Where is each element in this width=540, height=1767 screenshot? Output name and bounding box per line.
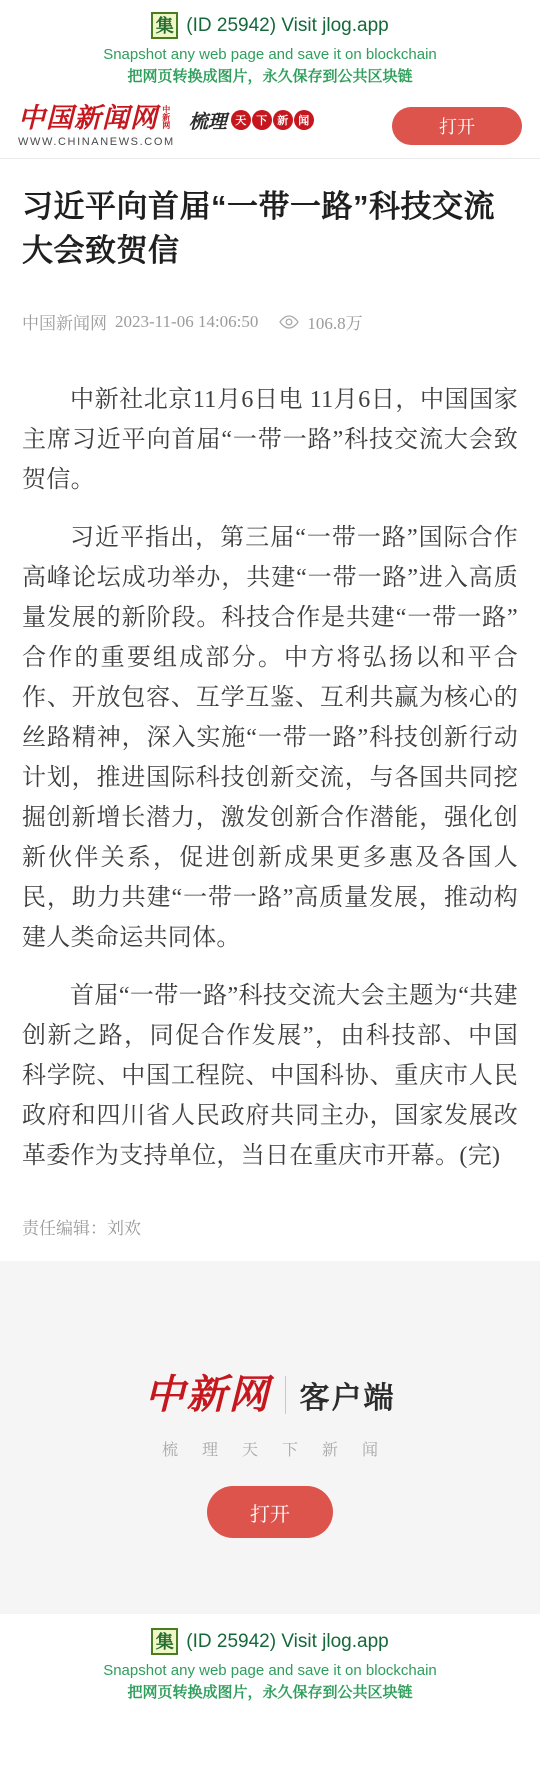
article-meta: 中国新闻网 2023-11-06 14:06:50 106.8万 <box>22 309 518 334</box>
article-paragraph: 首届“一带一路”科技交流大会主题为“共建创新之路，同促合作发展”，由科技部、中国… <box>22 976 518 1176</box>
seal-char: 新 <box>273 110 293 130</box>
logo-divider <box>285 1376 286 1414</box>
jlog-id-link[interactable]: (ID 25942) Visit jlog.app <box>186 15 388 37</box>
client-label: 客户端 <box>300 1373 396 1417</box>
jlog-subtitle-en: Snapshot any web page and save it on blo… <box>0 46 540 63</box>
logo-url: WWW.CHINANEWS.COM <box>18 136 175 148</box>
jlog-banner-title[interactable]: 集 (ID 25942) Visit jlog.app <box>0 1628 540 1655</box>
view-count-value: 106.8万 <box>307 309 362 334</box>
jlog-id-link[interactable]: (ID 25942) Visit jlog.app <box>186 1631 388 1653</box>
app-logo-row: 中新网 客户端 <box>145 1373 396 1417</box>
article: 习近平向首届“一带一路”科技交流大会致贺信 中国新闻网 2023-11-06 1… <box>0 185 540 1239</box>
chinanews-logo[interactable]: 中国新闻网 中新网 WWW.CHINANEWS.COM <box>18 105 175 148</box>
article-paragraph: 中新社北京11月6日电 11月6日，中国国家主席习近平向首届“一带一路”科技交流… <box>22 380 518 500</box>
app-slogan: 梳理天下新闻 <box>138 1437 402 1460</box>
jlog-subtitle-zh: 把网页转换成图片，永久保存到公共区块链 <box>0 65 540 86</box>
seal-char: 下 <box>252 110 272 130</box>
article-datetime: 2023-11-06 14:06:50 <box>115 312 258 332</box>
slogan-stamp: 梳理 天 下 新 闻 <box>189 107 314 134</box>
logo-side-mark: 中新网 <box>161 105 170 133</box>
jlog-top-banner[interactable]: 集 (ID 25942) Visit jlog.app Snapshot any… <box>0 0 540 96</box>
app-promo-section: 中新网 客户端 梳理天下新闻 打开 <box>0 1261 540 1614</box>
jlog-ji-icon: 集 <box>151 1628 178 1655</box>
open-app-button-bottom[interactable]: 打开 <box>207 1486 333 1538</box>
app-logo-calligraphy: 中新网 <box>145 1375 271 1415</box>
jlog-banner-title[interactable]: 集 (ID 25942) Visit jlog.app <box>0 12 540 39</box>
jlog-ji-icon: 集 <box>151 12 178 39</box>
view-count: 106.8万 <box>278 309 362 334</box>
open-app-button[interactable]: 打开 <box>392 107 522 145</box>
article-paragraph: 习近平指出，第三届“一带一路”国际合作高峰论坛成功举办，共建“一带一路”进入高质… <box>22 518 518 958</box>
seal-char: 闻 <box>294 110 314 130</box>
logo-calligraphy: 中国新闻网 <box>18 105 158 132</box>
eye-icon <box>278 314 300 330</box>
jlog-subtitle-en: Snapshot any web page and save it on blo… <box>0 1662 540 1679</box>
article-body: 中新社北京11月6日电 11月6日，中国国家主席习近平向首届“一带一路”科技交流… <box>22 380 518 1176</box>
site-header: 中国新闻网 中新网 WWW.CHINANEWS.COM 梳理 天 下 新 闻 打… <box>0 96 540 159</box>
article-title: 习近平向首届“一带一路”科技交流大会致贺信 <box>22 185 518 273</box>
jlog-subtitle-zh: 把网页转换成图片，永久保存到公共区块链 <box>0 1681 540 1702</box>
jlog-bottom-banner[interactable]: 集 (ID 25942) Visit jlog.app Snapshot any… <box>0 1614 540 1714</box>
seal-char: 天 <box>231 110 251 130</box>
editor-byline: 责任编辑：刘欢 <box>22 1214 518 1239</box>
article-source: 中国新闻网 <box>22 309 107 334</box>
slogan-prefix: 梳理 <box>189 107 227 134</box>
